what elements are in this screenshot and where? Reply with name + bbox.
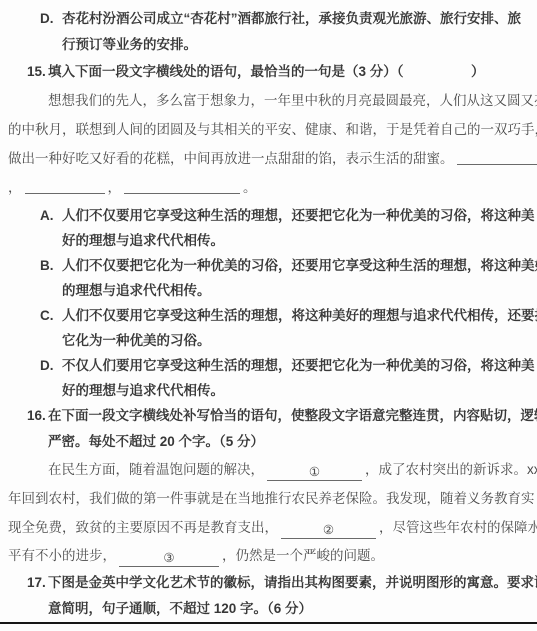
q15-passage-line2: 的中秋月，联想到人间的团圆及与其相关的平安、健康、和谐，于是凭着自己的一双巧手， (0, 115, 537, 144)
bottom-divider-rule (0, 622, 537, 624)
prev-option-d-line2: 行预订等业务的安排。 (0, 32, 537, 58)
question-17-text1: 下图是金英中学文化艺术节的徽标，请指出其构图要素，并说明图形的寓意。要求语 (48, 575, 537, 590)
q16-passage-line2: 年回到农村，我们做的第一件事就是在当地推行农民养老保险。我发现，随着义务教育实 (0, 484, 537, 513)
question-16-stem-line1: 16. 在下面一段文字横线处补写恰当的语句，使整段文字语意完整连贯，内容贴切，逻… (0, 403, 537, 429)
question-16-number: 16. (27, 403, 46, 429)
q15-option-c-line1: C. 人们不仅要用它享受这种生活的理想，将这种美好的理想与追求代代相传，还要把 (0, 303, 537, 328)
q15-option-a-line1: A. 人们不仅要用它享受这种生活的理想，还要把它化为一种优美的习俗，将这种美 (0, 203, 537, 228)
q15-option-d-line1: D. 不仅人们要用它享受这种生活的理想，还要把它化为一种优美的习俗，将这种美 (0, 353, 537, 378)
q15-option-d-text2: 好的理想与追求代代相传。 (62, 383, 224, 398)
question-17-number: 17. (27, 570, 46, 596)
q16-passage-line4: 平有不小的进步，③，仍然是一个严峻的问题。 (0, 542, 537, 570)
question-15-stem: 15. 填入下面一段文字横线处的语句，最恰当的一句是（3 分）（ ） (0, 58, 537, 86)
q15-passage-line4: ，，。 (0, 173, 537, 203)
q15-option-c-marker: C. (40, 303, 54, 328)
question-16-stem-text2: 严密。每处不超过 20 个字。（5 分） (48, 434, 264, 449)
q15-option-b-marker: B. (40, 253, 54, 278)
q15-option-c-line2: 它化为一种优美的习俗。 (0, 328, 537, 353)
q15-blank-3 (124, 178, 240, 194)
q15-option-d-line2: 好的理想与追求代代相传。 (0, 378, 537, 403)
q15-option-a-text2: 好的理想与追求代代相传。 (62, 233, 224, 248)
q15-passage-text2: 的中秋月，联想到人间的团圆及与其相关的平安、健康、和谐，于是凭着自己的一双巧手， (8, 122, 537, 137)
q16-l3-before: 现全免费，致贫的主要原因不再是教育支出， (8, 520, 278, 535)
q16-passage-line3: 现全免费，致贫的主要原因不再是教育支出，②，尽管这些年农村的保障水 (0, 513, 537, 542)
q16-l4-before: 平有不小的进步， (8, 548, 116, 563)
q16-l1-after: ，成了农村突出的新诉求。xx (365, 462, 537, 477)
question-16-stem-text1: 在下面一段文字横线处补写恰当的语句，使整段文字语意完整连贯，内容贴切，逻辑 (48, 408, 537, 423)
q15-option-a-marker: A. (40, 203, 54, 228)
q16-blank2-label: ② (323, 523, 334, 537)
q15-passage-text1: 想想我们的先人，多么富于想象力，一年里中秋的月亮最圆最亮，人们从这又圆又亮 (48, 93, 537, 108)
q15-option-a-line2: 好的理想与追求代代相传。 (0, 228, 537, 253)
q16-blank1-label: ① (309, 465, 320, 479)
q15-option-b-line1: B. 人们不仅要把它化为一种优美的习俗，还要用它享受这种生活的理想，将这种美好 (0, 253, 537, 278)
prev-option-d-text2: 行预订等业务的安排。 (62, 37, 197, 52)
q16-l1-before: 在民生方面，随着温饱问题的解决， (48, 462, 264, 477)
q16-passage-line1: 在民生方面，随着温饱问题的解决，①，成了农村突出的新诉求。xx (0, 455, 537, 484)
question-15-stem-text: 填入下面一段文字横线处的语句，最恰当的一句是（3 分）（ ） (48, 64, 485, 79)
q15-option-b-text1: 人们不仅要把它化为一种优美的习俗，还要用它享受这种生活的理想，将这种美好 (62, 258, 537, 273)
q15-option-c-text2: 它化为一种优美的习俗。 (62, 333, 211, 348)
q15-passage-line1: 想想我们的先人，多么富于想象力，一年里中秋的月亮最圆最亮，人们从这又圆又亮 (0, 86, 537, 115)
q15-option-b-text2: 的理想与追求代代相传。 (62, 283, 211, 298)
prev-option-d-text1: 杏花村汾酒公司成立“杏花村”酒都旅行社，承接负责观光旅游、旅行安排、旅 (62, 11, 521, 26)
q16-l4-after: ，仍然是一个严峻的问题。 (222, 548, 384, 563)
question-17-line1: 17. 下图是金英中学文化艺术节的徽标，请指出其构图要素，并说明图形的寓意。要求… (0, 570, 537, 596)
q15-option-d-marker: D. (40, 353, 54, 378)
q15-blank-1 (457, 149, 537, 165)
question-17-text2: 意简明，句子通顺，不超过 120 字。（6 分） (48, 601, 312, 616)
q15-option-d-text1: 不仅人们要用它享受这种生活的理想，还要把它化为一种优美的习俗，将这种美 (62, 358, 535, 373)
prev-option-d-marker: D. (40, 6, 54, 32)
q15-passage-seg3: 。 (243, 180, 257, 195)
q15-option-b-line2: 的理想与追求代代相传。 (0, 278, 537, 303)
question-17-line2: 意简明，句子通顺，不超过 120 字。（6 分） (0, 596, 537, 622)
q15-passage-text3: 做出一种好吃又好看的花糕，中间再放进一点甜甜的馅，表示生活的甜蜜。 (8, 151, 454, 166)
q15-option-c-text1: 人们不仅要用它享受这种生活的理想，将这种美好的理想与追求代代相传，还要把 (62, 308, 537, 323)
exam-page: D. 杏花村汾酒公司成立“杏花村”酒都旅行社，承接负责观光旅游、旅行安排、旅 行… (0, 0, 537, 631)
prev-option-d-line1: D. 杏花村汾酒公司成立“杏花村”酒都旅行社，承接负责观光旅游、旅行安排、旅 (0, 6, 537, 32)
q15-passage-seg1: ， (8, 180, 22, 195)
q15-blank-2 (25, 178, 105, 194)
q16-blank-3: ③ (119, 551, 219, 567)
q15-passage-line3: 做出一种好吃又好看的花糕，中间再放进一点甜甜的馅，表示生活的甜蜜。 (0, 144, 537, 173)
q15-passage-seg2: ， (108, 180, 122, 195)
q16-l3-after: ，尽管这些年农村的保障水 (379, 520, 537, 535)
q16-blank-2: ② (281, 523, 376, 539)
question-15-number: 15. (27, 58, 46, 86)
question-16-stem-line2: 严密。每处不超过 20 个字。（5 分） (0, 429, 537, 455)
q16-blank3-label: ③ (163, 551, 174, 565)
q16-blank-1: ① (267, 465, 362, 481)
q15-option-a-text1: 人们不仅要用它享受这种生活的理想，还要把它化为一种优美的习俗，将这种美 (62, 208, 535, 223)
q16-l2-text: 年回到农村，我们做的第一件事就是在当地推行农民养老保险。我发现，随着义务教育实 (8, 491, 535, 506)
